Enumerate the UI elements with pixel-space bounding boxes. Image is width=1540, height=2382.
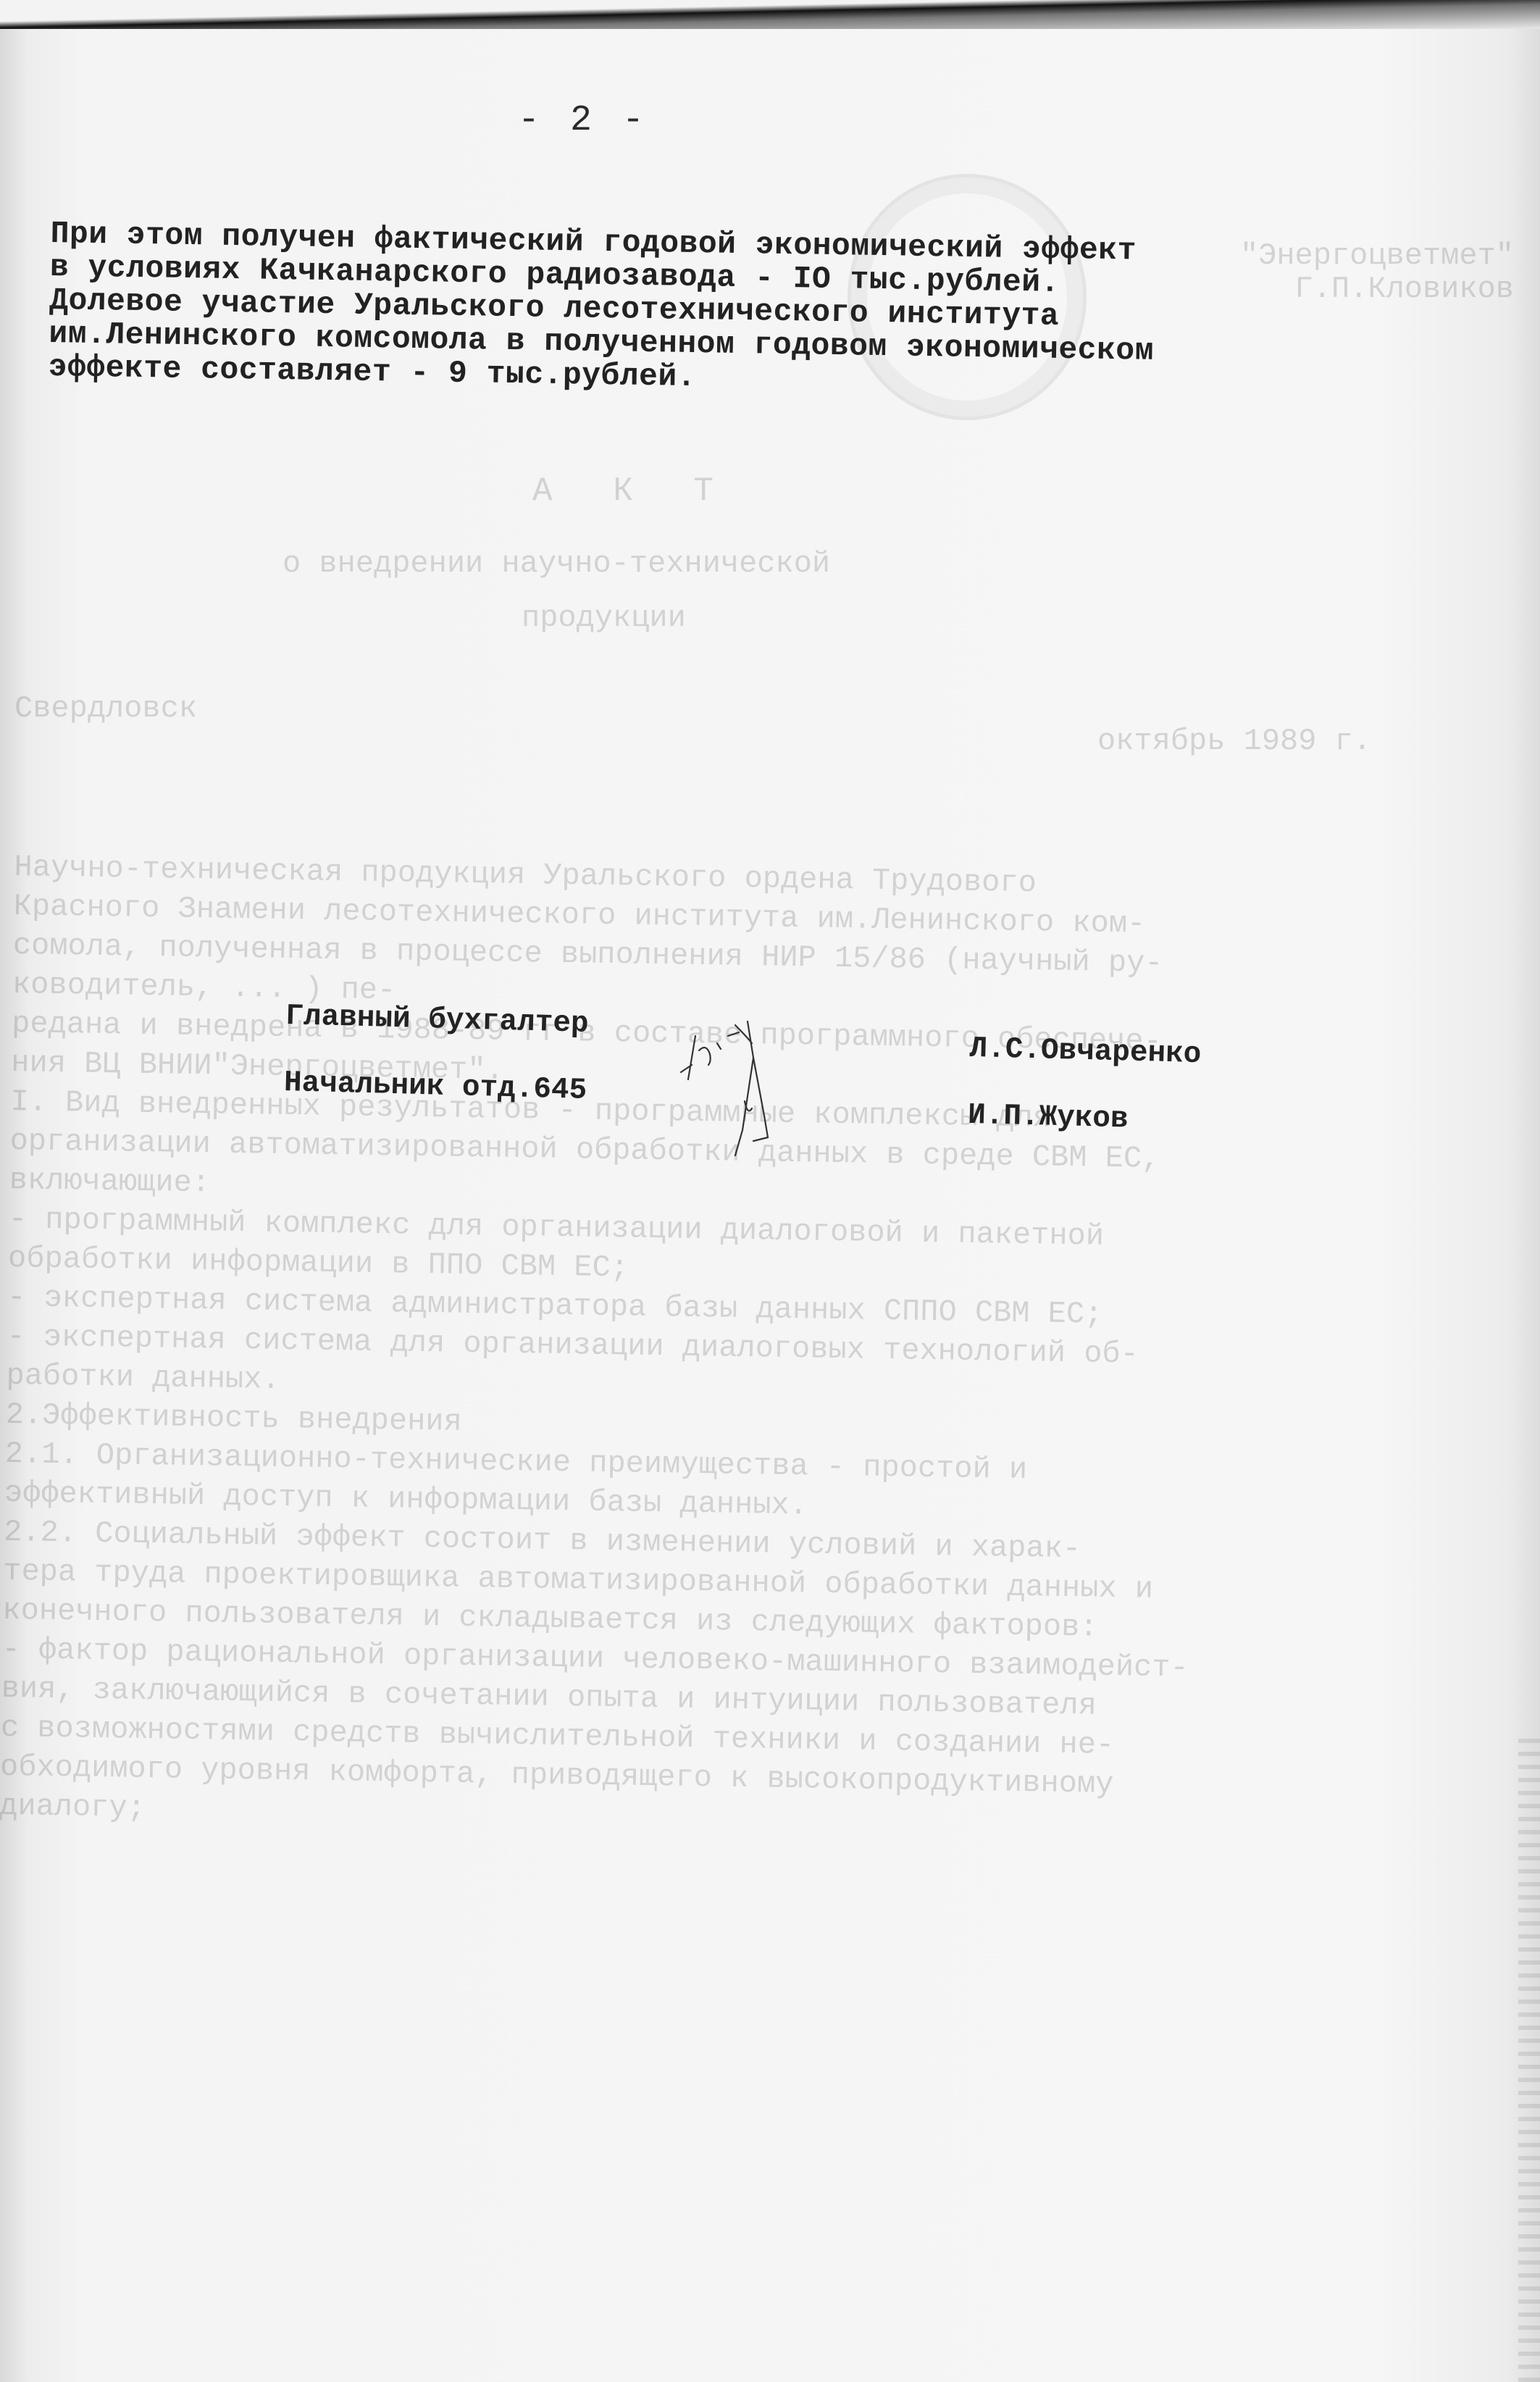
bleed-act-subtitle: о внедрении научно-технической: [283, 547, 830, 580]
signatory-name: Л.С.Овчаренко: [969, 1032, 1202, 1071]
signatory-name: И.П.Жуков: [968, 1099, 1129, 1137]
bleed-date: октябрь 1989 г.: [1097, 724, 1371, 758]
handwritten-signature-icon: [666, 992, 855, 1159]
bleed-act-title: А К Т: [532, 475, 734, 508]
page-right-edge-shadow: [1518, 1739, 1540, 2382]
main-paragraph: При этом получен фактический годовой эко…: [48, 217, 1354, 404]
page-top-edge: [0, 0, 1540, 29]
page-number: - 2 -: [518, 100, 648, 141]
bleed-act-subtitle: продукции: [522, 601, 686, 635]
bleed-city: Свердловск: [14, 692, 197, 725]
bleed-body-text: Научно-техническая продукция Уральского …: [0, 848, 1201, 1844]
